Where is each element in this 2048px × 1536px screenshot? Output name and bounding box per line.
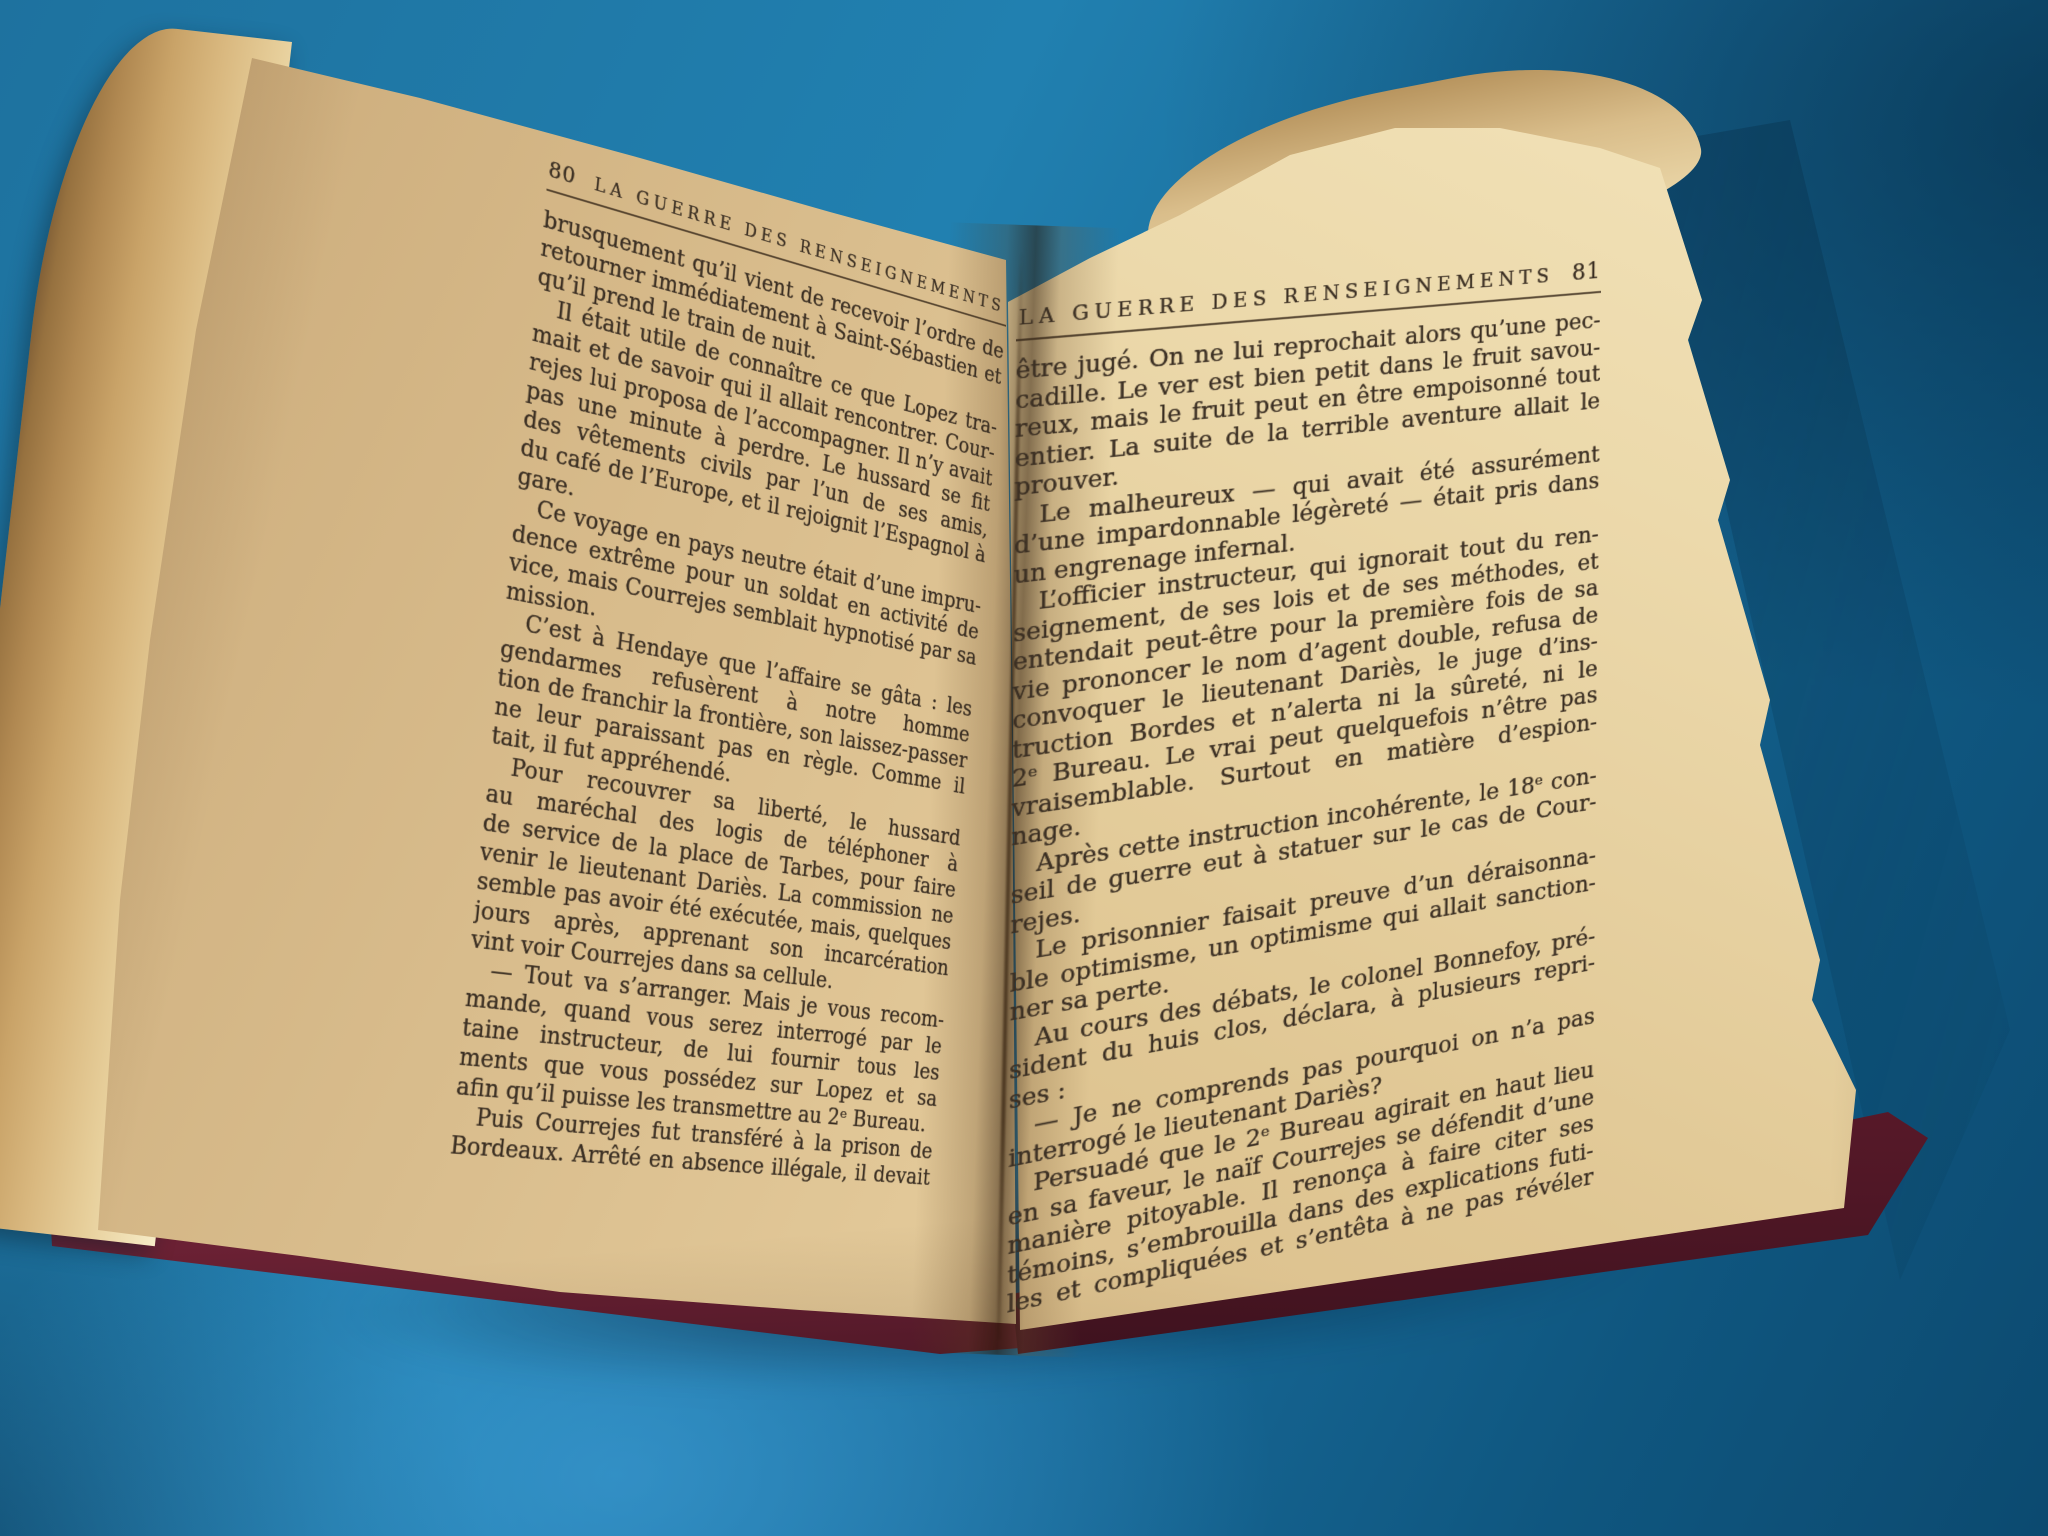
photo-background: 80 LA GUERRE DES RENSEIGNEMENTS brusquem… [0,0,2048,1536]
right-page-body: être jugé. On ne lui reprochait alors qu… [1007,308,1601,1321]
left-page-body: brusquement qu’il vient de recevoir l’or… [449,205,1005,1191]
right-page-text: LA GUERRE DES RENSEIGNEMENTS 81 être jug… [1007,259,1601,1321]
right-page-number: 81 [1572,259,1601,287]
